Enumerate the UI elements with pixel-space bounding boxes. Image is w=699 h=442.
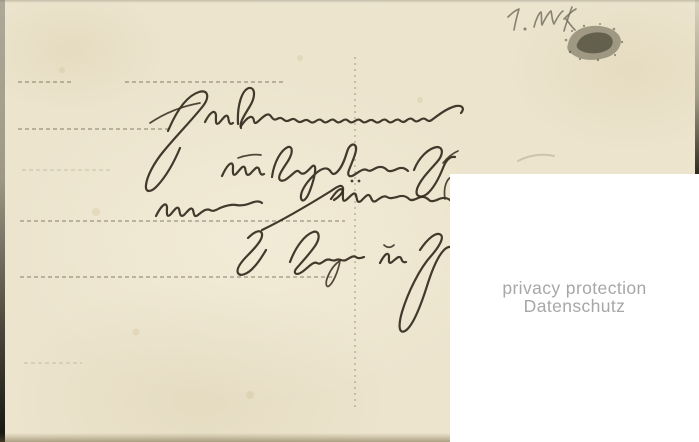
scanned-postcard-image: privacy protection Datenschutz xyxy=(0,0,699,442)
age-spot xyxy=(246,391,254,399)
smudge-speckle xyxy=(565,39,568,42)
handwriting-stroke xyxy=(414,147,455,196)
smudge-speckle xyxy=(621,41,623,43)
pencil-annotation-1wk xyxy=(508,7,576,31)
handwriting-stroke xyxy=(380,254,406,263)
umlaut-dot xyxy=(358,180,361,183)
handwriting-stroke xyxy=(238,88,254,128)
handwriting-stroke xyxy=(272,145,408,201)
smudge-speckle xyxy=(599,23,601,25)
age-spot xyxy=(297,55,303,61)
pencil-stroke xyxy=(566,19,575,30)
smudge-speckle xyxy=(579,58,581,60)
faint-pencil-mark xyxy=(518,155,554,161)
age-spot xyxy=(92,208,100,216)
privacy-text-de: Datenschutz xyxy=(450,297,699,315)
umlaut-dot xyxy=(351,180,354,183)
handwriting-stroke xyxy=(146,91,207,191)
privacy-overlay-text: privacy protection Datenschutz xyxy=(450,279,699,315)
smudge-speckle xyxy=(571,30,573,32)
smudge-speckle xyxy=(583,25,585,27)
handwriting-line-2 xyxy=(222,145,458,201)
age-spot xyxy=(59,67,65,73)
privacy-overlay: privacy protection Datenschutz xyxy=(450,174,699,442)
pencil-period-dot xyxy=(524,28,527,31)
pencil-stroke xyxy=(508,9,519,30)
ruled-lines xyxy=(18,57,355,410)
smudge-speckle xyxy=(569,51,571,53)
handwriting-stroke xyxy=(331,189,451,202)
smudge-speckle xyxy=(613,28,616,31)
smudge-speckle xyxy=(597,59,599,61)
handwriting-line-4 xyxy=(238,231,454,331)
handwriting-stroke xyxy=(238,231,266,275)
handwriting-stroke xyxy=(156,202,262,217)
handwriting-stroke xyxy=(241,106,463,126)
smudge-speckle xyxy=(614,54,616,56)
handwriting-stroke xyxy=(290,232,364,274)
handwriting-stroke xyxy=(222,163,264,176)
handwriting-line-1 xyxy=(146,88,463,191)
privacy-text-en: privacy protection xyxy=(450,279,699,297)
age-spots xyxy=(59,55,423,399)
age-spot xyxy=(133,329,140,336)
pencil-stroke xyxy=(534,11,563,27)
handwriting-stroke xyxy=(326,260,341,286)
handwriting-stroke xyxy=(400,234,454,332)
handwriting-stroke xyxy=(205,112,233,124)
handwriting-stroke xyxy=(238,155,261,158)
breve-mark xyxy=(384,245,394,247)
age-spot xyxy=(417,97,423,103)
